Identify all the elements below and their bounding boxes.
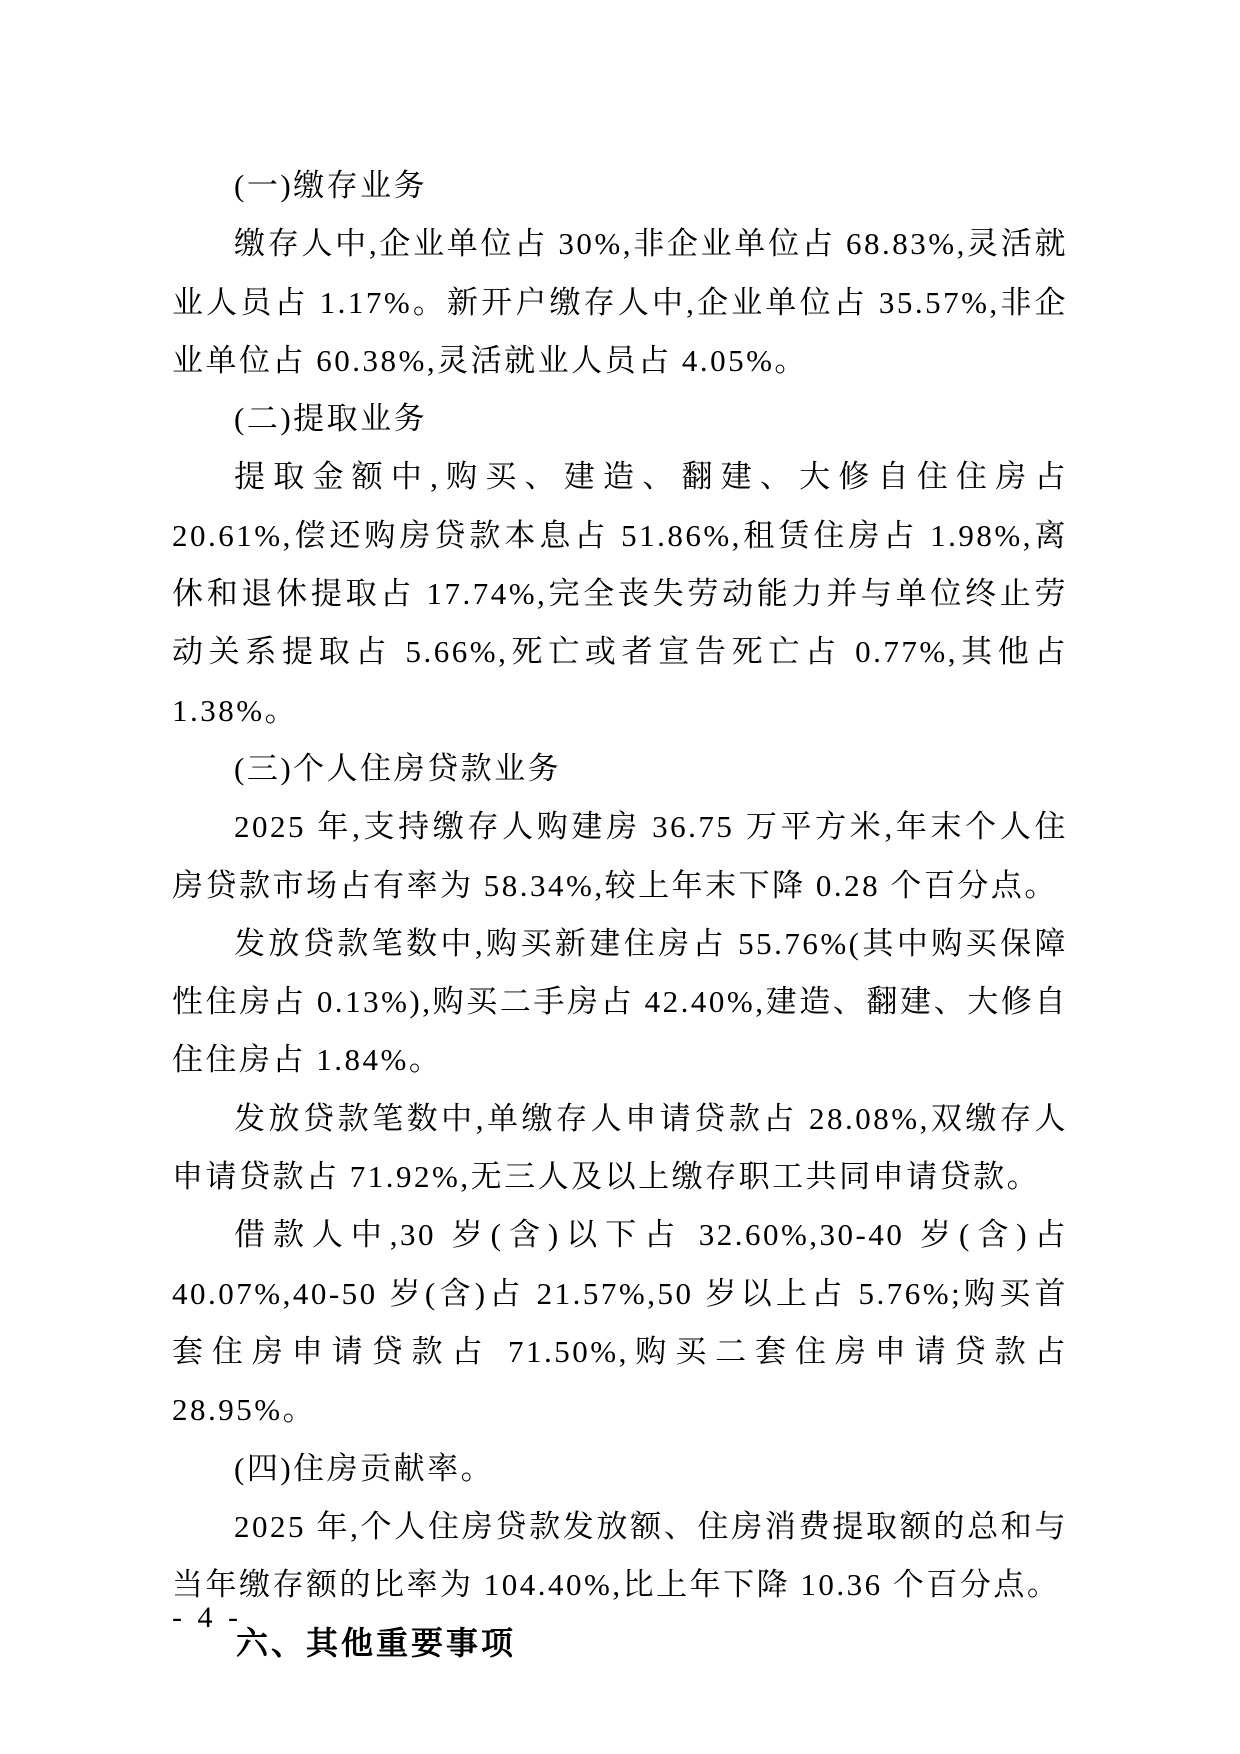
section-heading-other-matters: 六、其他重要事项 — [172, 1614, 1068, 1672]
paragraph-withdrawal-stats: 提取金额中,购买、建造、翻建、大修自住住房占 20.61%,偿还购房贷款本息占 … — [172, 448, 1068, 739]
paragraph-loan-house-types: 发放贷款笔数中,购买新建住房占 55.76%(其中购买保障性住房占 0.13%)… — [172, 915, 1068, 1090]
paragraph-borrower-age: 借款人中,30 岁(含)以下占 32.60%,30-40 岁(含)占 40.07… — [172, 1206, 1068, 1439]
document-page: (一)缴存业务 缴存人中,企业单位占 30%,非企业单位占 68.83%,灵活就… — [0, 0, 1240, 1754]
section-heading-withdrawal: (二)提取业务 — [172, 390, 1068, 448]
section-heading-deposit: (一)缴存业务 — [172, 157, 1068, 215]
paragraph-deposit-stats: 缴存人中,企业单位占 30%,非企业单位占 68.83%,灵活就业人员占 1.1… — [172, 215, 1068, 390]
paragraph-contribution-rate: 2025 年,个人住房贷款发放额、住房消费提取额的总和与当年缴存额的比率为 10… — [172, 1498, 1068, 1615]
section-heading-loans: (三)个人住房贷款业务 — [172, 740, 1068, 798]
paragraph-loan-overview: 2025 年,支持缴存人购建房 36.75 万平方米,年末个人住房贷款市场占有率… — [172, 798, 1068, 915]
content-area: (一)缴存业务 缴存人中,企业单位占 30%,非企业单位占 68.83%,灵活就… — [172, 157, 1068, 1673]
section-heading-contribution: (四)住房贡献率。 — [172, 1440, 1068, 1498]
paragraph-loan-applicants: 发放贷款笔数中,单缴存人申请贷款占 28.08%,双缴存人申请贷款占 71.92… — [172, 1090, 1068, 1207]
page-number: - 4 - — [172, 1598, 242, 1638]
